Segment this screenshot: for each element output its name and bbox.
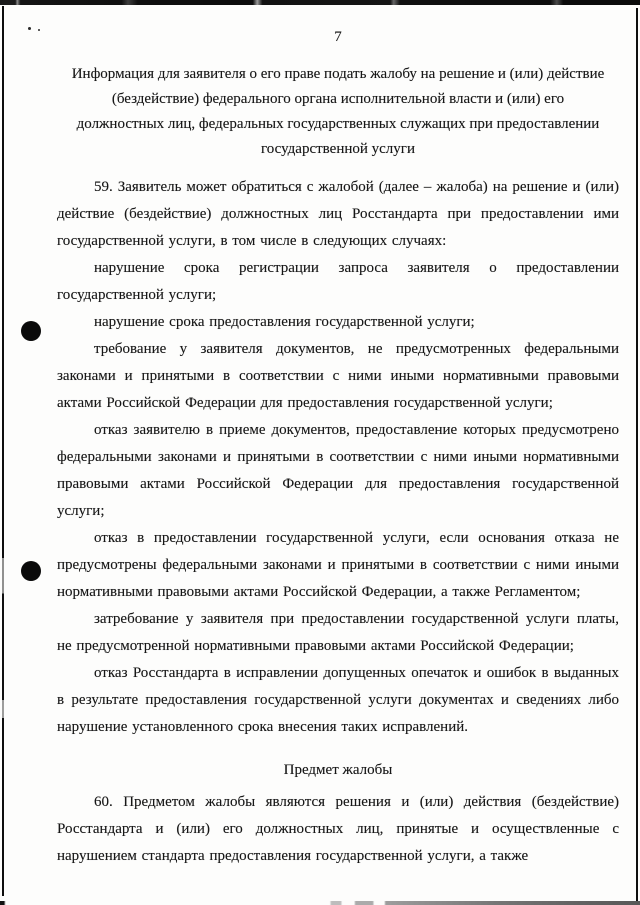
page-content: 7 Информация для заявителя о его праве п… — [57, 0, 619, 870]
section-subheading: Предмет жалобы — [57, 757, 619, 784]
complaint-case-6: затребование у заявителя при предоставле… — [57, 606, 619, 660]
scan-edge-right — [636, 8, 638, 905]
body-text: 59. Заявитель может обратиться с жалобой… — [57, 174, 619, 870]
paragraph-60-intro: 60. Предметом жалобы являются решения и … — [57, 789, 619, 870]
complaint-case-4: отказ заявителю в приеме документов, пре… — [57, 417, 619, 525]
punch-hole — [21, 561, 41, 581]
scan-speck — [28, 27, 31, 30]
complaint-case-5: отказ в предоставлении государственной у… — [57, 525, 619, 606]
paragraph-59-intro: 59. Заявитель может обратиться с жалобой… — [57, 174, 619, 255]
complaint-case-7: отказ Росстандарта в исправлении допущен… — [57, 660, 619, 741]
scan-edge-left — [2, 6, 4, 896]
complaint-case-1: нарушение срока регистрации запроса заяв… — [57, 255, 619, 309]
scan-speck — [38, 29, 40, 31]
scan-edge-bottom — [0, 901, 640, 905]
document-heading: Информация для заявителя о его праве под… — [57, 62, 619, 162]
page-number: 7 — [57, 28, 619, 46]
punch-hole — [21, 321, 41, 341]
complaint-case-2: нарушение срока предоставления государст… — [57, 309, 619, 336]
complaint-case-3: требование у заявителя документов, не пр… — [57, 336, 619, 417]
scanned-document-page: 7 Информация для заявителя о его праве п… — [0, 0, 640, 905]
